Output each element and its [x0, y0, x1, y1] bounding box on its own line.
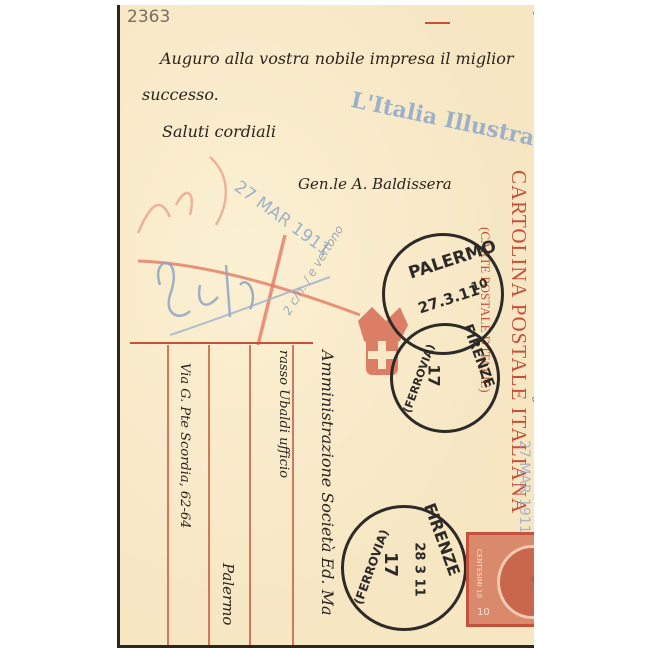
address-rule-4	[292, 345, 294, 645]
closing: Saluti cordiali	[162, 122, 276, 141]
margin-note-top-right: Rilevato	[530, 9, 534, 56]
king-portrait-icon	[497, 545, 534, 619]
address-top-rule	[130, 342, 313, 344]
postmark-firenze-1: FIRENZE (FERROVIA) 17	[390, 323, 500, 433]
postage-indicia: POSTE ITALIANE CENTESIMI 10 10	[466, 532, 534, 627]
address-rule-3	[249, 345, 251, 645]
margin-note-right: registrata all. N. M. / secondo cosigno	[532, 385, 534, 598]
address-line-1: Amministrazione Società Ed. Ma	[318, 350, 337, 616]
message-line-2: successo.	[142, 85, 219, 104]
address-line-3: Via G. Pte Scordia, 62-64	[177, 363, 192, 528]
message-line-1: Auguro alla vostra nobile impresa il mig…	[160, 49, 514, 68]
archive-number: 2363	[127, 7, 170, 27]
blue-pencil-marks	[130, 225, 390, 345]
margin-date-stamp: 27 MAR 1911	[516, 440, 532, 534]
address-city: Palermo	[219, 563, 237, 625]
postmark-firenze-2: FIRENZE (FERROVIA) 17 28 3 11	[341, 505, 467, 631]
postcard: 2363 Auguro alla vostra nobile impresa i…	[117, 5, 534, 648]
address-rule-2	[208, 345, 210, 645]
address-line-2: rasso Ubaldi ufficio	[276, 350, 291, 478]
address-rule-1	[167, 345, 169, 645]
red-dash	[425, 22, 450, 24]
